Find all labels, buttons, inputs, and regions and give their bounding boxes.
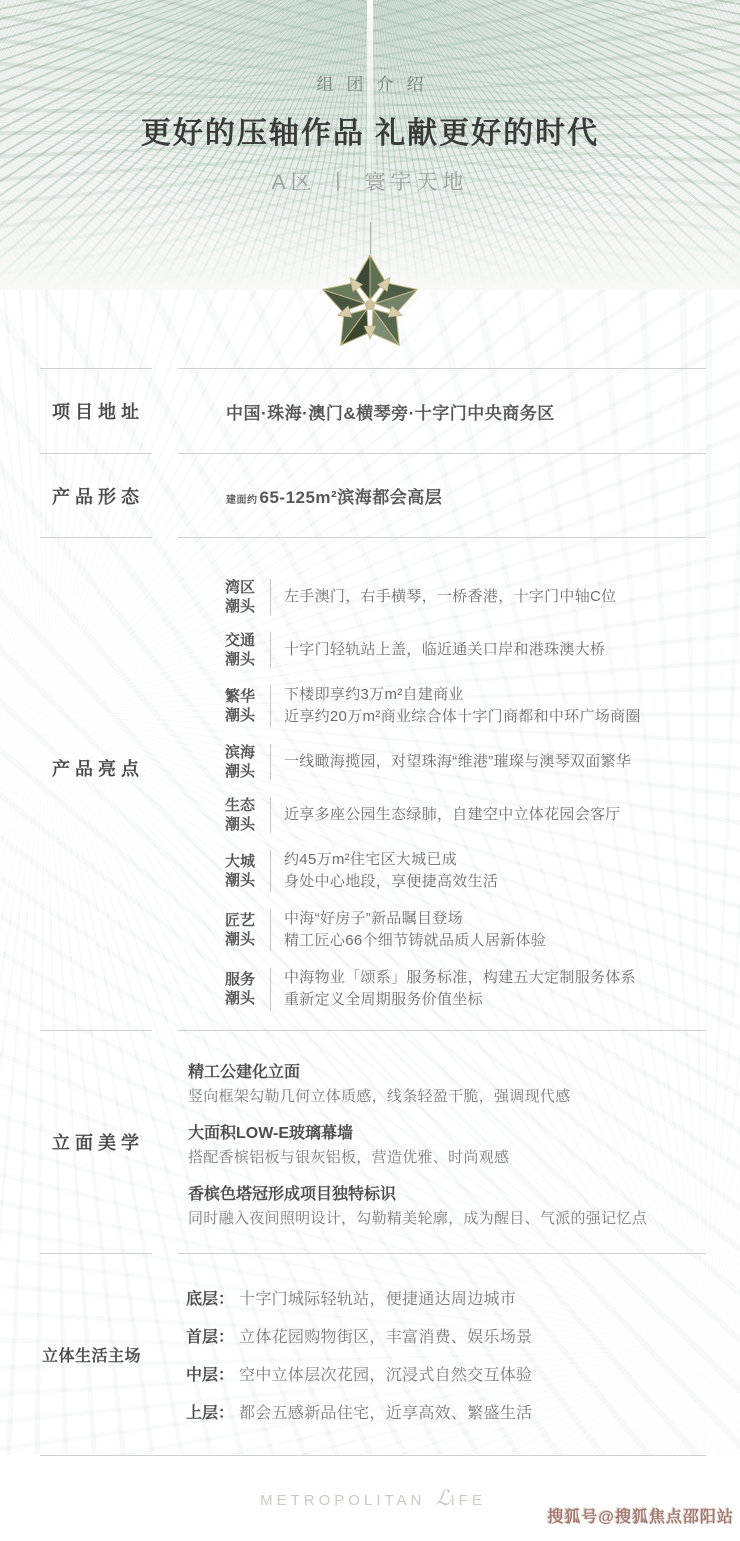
section-product-form: 产品形态 建面约65-125m²滨海都会高层: [40, 453, 706, 537]
highlight-tag: 匠艺 潮头: [225, 911, 257, 949]
highlight-line: 一线瞰海揽园，对望珠海“维港”璀璨与澳琴双面繁华: [284, 751, 706, 773]
highlight-line: 中海物业「颂系」服务标准，构建五大定制服务体系: [284, 967, 706, 989]
section-facade-aesthetics: 立面美学 精工公建化立面 竖向框架勾勒几何立体质感，线条轻盈干脆，强调现代感 大…: [40, 1030, 706, 1253]
star-emblem-icon: [312, 252, 428, 358]
vertical-divider: [270, 968, 271, 1010]
highlight-text: 中海物业「颂系」服务标准，构建五大定制服务体系 重新定义全周期服务价值坐标: [284, 967, 706, 1011]
feature-title: 香槟色塔冠形成项目独特标识: [188, 1183, 706, 1207]
highlight-tag: 交通 潮头: [225, 631, 257, 669]
level-line: 中层：空中立体层次花园，沉浸式自然交互体验: [186, 1366, 706, 1385]
feature-list: 精工公建化立面 竖向框架勾勒几何立体质感，线条轻盈干脆，强调现代感 大面积LOW…: [178, 1031, 706, 1231]
highlight-tag: 大城 潮头: [225, 852, 257, 890]
highlight-text: 约45万m²住宅区大城已成 身处中心地段，享便捷高效生活: [284, 849, 706, 893]
highlight-row-craft: 匠艺 潮头 中海“好房子”新品瞩目登场 精工匠心66个细节铸就品质人居新体验: [225, 908, 706, 952]
highlight-line: 左手澳门，右手横琴，一桥香港，十字门中轴C位: [284, 586, 706, 608]
sohu-watermark: 搜狐号@搜狐焦点邵阳站: [547, 1504, 734, 1527]
label-cell: 产品形态: [40, 453, 152, 537]
vertical-divider: [270, 744, 271, 780]
feature-item: 精工公建化立面 竖向框架勾勒几何立体质感，线条轻盈干脆，强调现代感: [188, 1061, 706, 1109]
level-desc: 十字门城际轻轨站，便捷通达周边城市: [239, 1291, 516, 1308]
level-desc: 空中立体层次花园，沉浸式自然交互体验: [239, 1367, 532, 1384]
emblem-string: [370, 222, 371, 254]
highlight-tag: 生态 潮头: [225, 796, 257, 834]
area-range: 65-125m²滨海都会高层: [260, 488, 443, 507]
info-table: 项目地址 中国·珠海·澳门&横琴旁·十字门中央商务区 产品形态 建面约65-12…: [0, 290, 740, 1455]
zone-subtitle: A区 丨 寰宇天地: [0, 166, 740, 196]
highlight-tag: 滨海 潮头: [225, 743, 257, 781]
highlight-row-city: 大城 潮头 约45万m²住宅区大城已成 身处中心地段，享便捷高效生活: [225, 849, 706, 893]
vertical-divider: [270, 685, 271, 727]
main-title: 更好的压轴作品 礼献更好的时代: [0, 108, 740, 152]
level-list: 底层：十字门城际轻轨站，便捷通达周边城市 首层：立体花园购物街区，丰富消费、娱乐…: [178, 1254, 706, 1423]
feature-item: 香槟色塔冠形成项目独特标识 同时融入夜间照明设计，勾勒精美轮廓，成为醒目、气派的…: [188, 1183, 706, 1231]
brand-text-right: IFE: [451, 1492, 486, 1509]
level-desc: 都会五感新品住宅，近享高效、繁盛生活: [239, 1405, 532, 1422]
section-product-highlights: 产品亮点 湾区 潮头 左手澳门，右手横琴，一桥香港，十字门中轴C位 交通 潮头: [40, 537, 706, 1030]
highlight-text: 下楼即享约3万m²自建商业 近享约20万m²商业综合体十字门商都和中环广场商圈: [284, 684, 706, 728]
content-cell: 精工公建化立面 竖向框架勾勒几何立体质感，线条轻盈干脆，强调现代感 大面积LOW…: [178, 1030, 706, 1253]
section-label-address: 项目地址: [40, 398, 144, 424]
vertical-divider: [270, 850, 271, 892]
brand-script-letter: ℒ: [435, 1486, 450, 1510]
level-name: 底层：: [186, 1291, 234, 1308]
highlight-row-bay: 湾区 潮头 左手澳门，右手横琴，一桥香港，十字门中轴C位: [225, 578, 706, 616]
level-desc: 立体花园购物街区，丰富消费、娱乐场景: [239, 1329, 532, 1346]
section-label-levels: 立体生活主场: [40, 1343, 141, 1366]
highlight-line: 下楼即享约3万m²自建商业: [284, 684, 706, 706]
section-label-product-form: 产品形态: [40, 483, 144, 509]
level-line: 上层：都会五感新品住宅，近享高效、繁盛生活: [186, 1404, 706, 1423]
section-vertical-life: 立体生活主场 底层：十字门城际轻轨站，便捷通达周边城市 首层：立体花园购物街区，…: [40, 1253, 706, 1455]
highlight-tag: 服务 潮头: [225, 970, 257, 1008]
vertical-divider: [270, 797, 271, 833]
highlight-text: 十字门轻轨站上盖，临近通关口岸和港珠澳大桥: [284, 639, 706, 661]
highlight-row-transport: 交通 潮头 十字门轻轨站上盖，临近通关口岸和港珠澳大桥: [225, 631, 706, 669]
highlight-line: 重新定义全周期服务价值坐标: [284, 989, 706, 1011]
footer: METROPOLITANℒIFE 搜狐号@搜狐焦点邵阳站: [40, 1455, 706, 1541]
highlight-line: 近享多座公园生态绿肺，自建空中立体花园会客厅: [284, 804, 706, 826]
highlight-line: 近享约20万m²商业综合体十字门商都和中环广场商圈: [284, 706, 706, 728]
promo-poster: 组团介绍 更好的压轴作品 礼献更好的时代 A区 丨 寰宇天地: [0, 0, 740, 1541]
area-prefix: 建面约: [226, 495, 258, 506]
level-name: 中层：: [186, 1367, 234, 1384]
level-line: 首层：立体花园购物街区，丰富消费、娱乐场景: [186, 1328, 706, 1347]
highlight-text: 一线瞰海揽园，对望珠海“维港”璀璨与澳琴双面繁华: [284, 751, 706, 773]
section-project-address: 项目地址 中国·珠海·澳门&横琴旁·十字门中央商务区: [40, 368, 706, 453]
label-cell: 项目地址: [40, 368, 152, 453]
level-name: 首层：: [186, 1329, 234, 1346]
brand-text-left: METROPOLITAN: [260, 1492, 425, 1509]
section-label-facade: 立面美学: [40, 1129, 144, 1155]
highlight-tag: 湾区 潮头: [225, 578, 257, 616]
feature-title: 大面积LOW-E玻璃幕墙: [188, 1122, 706, 1146]
section-eyebrow: 组团介绍: [0, 0, 740, 95]
level-name: 上层：: [186, 1405, 234, 1422]
feature-desc: 竖向框架勾勒几何立体质感，线条轻盈干脆，强调现代感: [188, 1085, 706, 1109]
section-label-highlights: 产品亮点: [40, 755, 144, 781]
level-line: 底层：十字门城际轻轨站，便捷通达周边城市: [186, 1290, 706, 1309]
star-emblem: [312, 222, 428, 358]
highlight-row-ecology: 生态 潮头 近享多座公园生态绿肺，自建空中立体花园会客厅: [225, 796, 706, 834]
highlight-line: 中海“好房子”新品瞩目登场: [284, 908, 706, 930]
highlight-row-prosperity: 繁华 潮头 下楼即享约3万m²自建商业 近享约20万m²商业综合体十字门商都和中…: [225, 684, 706, 728]
label-cell: 产品亮点: [40, 537, 152, 1030]
highlight-line: 约45万m²住宅区大城已成: [284, 849, 706, 871]
product-form-text: 建面约65-125m²滨海都会高层: [226, 483, 442, 508]
feature-item: 大面积LOW-E玻璃幕墙 搭配香槟铝板与银灰铝板，营造优雅、时尚观感: [188, 1122, 706, 1170]
highlight-text: 左手澳门，右手横琴，一桥香港，十字门中轴C位: [284, 586, 706, 608]
label-cell: 立面美学: [40, 1030, 152, 1253]
highlight-list: 湾区 潮头 左手澳门，右手横琴，一桥香港，十字门中轴C位 交通 潮头 十字门轻轨…: [178, 538, 706, 1011]
hero-text-block: 组团介绍 更好的压轴作品 礼献更好的时代 A区 丨 寰宇天地: [0, 0, 740, 196]
feature-title: 精工公建化立面: [188, 1061, 706, 1085]
feature-desc: 同时融入夜间照明设计，勾勒精美轮廓，成为醒目、气派的强记忆点: [188, 1207, 706, 1231]
highlight-row-service: 服务 潮头 中海物业「颂系」服务标准，构建五大定制服务体系 重新定义全周期服务价…: [225, 967, 706, 1011]
highlight-line: 十字门轻轨站上盖，临近通关口岸和港珠澳大桥: [284, 639, 706, 661]
vertical-divider: [270, 579, 271, 615]
content-cell: 底层：十字门城际轻轨站，便捷通达周边城市 首层：立体花园购物街区，丰富消费、娱乐…: [178, 1253, 706, 1455]
highlight-row-seaside: 滨海 潮头 一线瞰海揽园，对望珠海“维港”璀璨与澳琴双面繁华: [225, 743, 706, 781]
highlight-line: 身处中心地段，享便捷高效生活: [284, 871, 706, 893]
highlight-line: 精工匠心66个细节铸就品质人居新体验: [284, 930, 706, 952]
address-text: 中国·珠海·澳门&横琴旁·十字门中央商务区: [226, 399, 555, 424]
content-cell: 中国·珠海·澳门&横琴旁·十字门中央商务区: [178, 368, 706, 453]
highlight-text: 近享多座公园生态绿肺，自建空中立体花园会客厅: [284, 804, 706, 826]
feature-desc: 搭配香槟铝板与银灰铝板，营造优雅、时尚观感: [188, 1146, 706, 1170]
content-cell: 建面约65-125m²滨海都会高层: [178, 453, 706, 537]
vertical-divider: [270, 632, 271, 668]
highlight-text: 中海“好房子”新品瞩目登场 精工匠心66个细节铸就品质人居新体验: [284, 908, 706, 952]
content-cell: 湾区 潮头 左手澳门，右手横琴，一桥香港，十字门中轴C位 交通 潮头 十字门轻轨…: [178, 537, 706, 1030]
highlight-tag: 繁华 潮头: [225, 687, 257, 725]
label-cell: 立体生活主场: [40, 1253, 152, 1455]
vertical-divider: [270, 909, 271, 951]
